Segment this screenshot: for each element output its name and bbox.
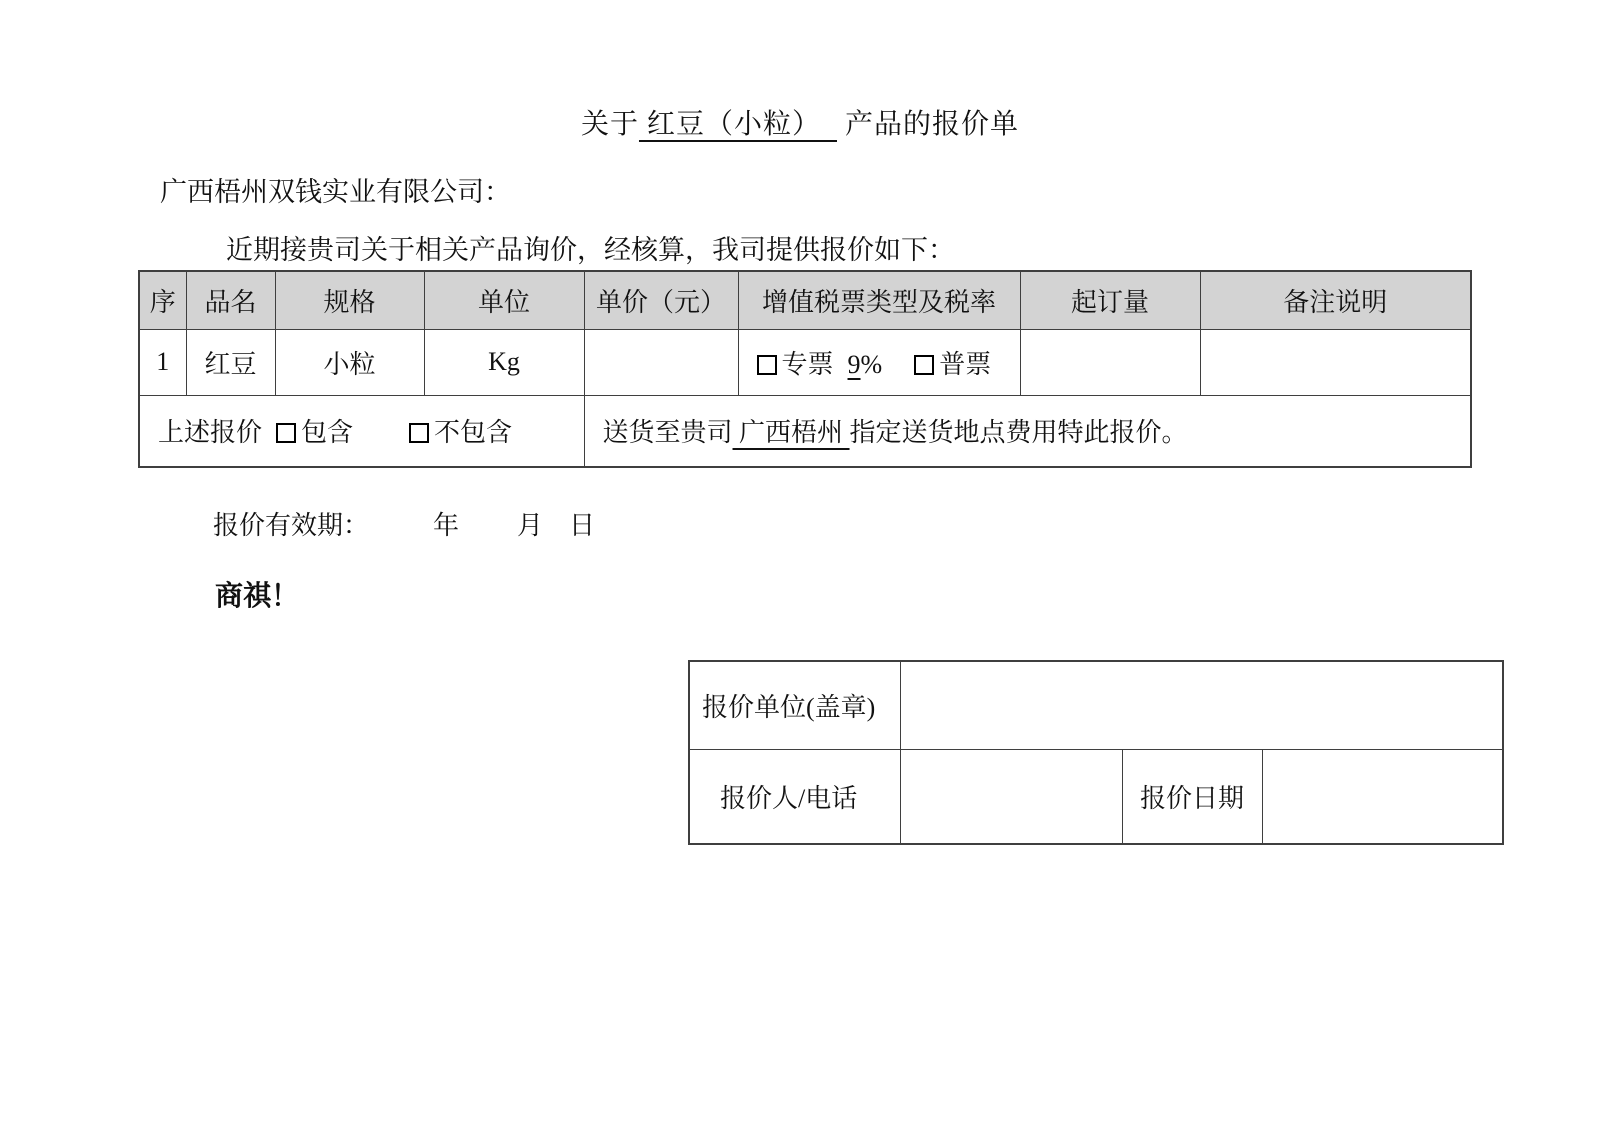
cell-spec: 小粒 [275, 329, 424, 395]
quote-table-header-row: 序 品名 规格 单位 单价（元） 增值税票类型及税率 起订量 备注说明 [139, 271, 1471, 329]
title-prefix: 关于 [581, 109, 639, 140]
footer-include-cell: 上述报价包含不包含 [139, 395, 584, 467]
header-spec: 规格 [275, 271, 424, 329]
header-remark: 备注说明 [1200, 271, 1471, 329]
quoter-phone-blank[interactable] [900, 749, 1122, 844]
include-checkbox[interactable] [276, 423, 296, 443]
normal-invoice-checkbox[interactable] [914, 355, 934, 375]
quote-unit-label: 报价单位(盖章) [689, 661, 900, 749]
signature-table: 报价单位(盖章) 报价人/电话 报价日期 [688, 660, 1504, 845]
delivery-prefix: 送货至贵司 [603, 418, 733, 447]
title-suffix: 产品的报价单 [837, 109, 1019, 140]
footer-delivery-cell: 送货至贵司 广西梧州 指定送货地点费用特此报价。 [584, 395, 1471, 467]
header-product: 品名 [186, 271, 275, 329]
quote-date-label: 报价日期 [1122, 749, 1262, 844]
cell-moq-blank[interactable] [1020, 329, 1200, 395]
document-title: 关于 红豆（小粒） 产品的报价单 [0, 102, 1600, 142]
intro-sentence: 近期接贵司关于相关产品询价，经核算，我司提供报价如下： [226, 228, 955, 267]
recipient-company: 广西梧州双钱实业有限公司： [160, 170, 511, 209]
title-product-underlined: 红豆（小粒） [639, 109, 837, 140]
exclude-label: 不包含 [434, 418, 512, 447]
cell-seq: 1 [139, 329, 186, 395]
quoter-phone-label: 报价人/电话 [689, 749, 900, 844]
delivery-suffix: 指定送货地点费用特此报价。 [850, 418, 1188, 447]
include-label: 包含 [301, 418, 353, 447]
tax-rate-value: 9 [848, 350, 861, 379]
validity-day: 日 [569, 511, 595, 540]
quote-table-data-row: 1 红豆 小粒 Kg 专票9%普票 [139, 329, 1471, 395]
header-moq: 起订量 [1020, 271, 1200, 329]
validity-month: 月 [517, 511, 543, 540]
header-unit: 单位 [424, 271, 584, 329]
delivery-place-underlined: 广西梧州 [733, 418, 850, 447]
validity-label: 报价有效期： [213, 511, 369, 540]
footer-prefix: 上述报价 [158, 418, 262, 447]
cell-unit: Kg [424, 329, 584, 395]
header-seq: 序 [139, 271, 186, 329]
exclude-checkbox[interactable] [409, 423, 429, 443]
special-invoice-checkbox[interactable] [757, 355, 777, 375]
closing-salutation: 商祺！ [215, 574, 299, 614]
validity-line: 报价有效期：年月日 [213, 505, 595, 542]
signature-row-unit: 报价单位(盖章) [689, 661, 1503, 749]
cell-product: 红豆 [186, 329, 275, 395]
quote-table-footer-row: 上述报价包含不包含 送货至贵司 广西梧州 指定送货地点费用特此报价。 [139, 395, 1471, 467]
cell-remark-blank[interactable] [1200, 329, 1471, 395]
cell-price-blank[interactable] [584, 329, 738, 395]
normal-invoice-label: 普票 [939, 350, 991, 379]
header-tax-type: 增值税票类型及税率 [738, 271, 1020, 329]
quote-date-blank[interactable] [1262, 749, 1503, 844]
signature-row-quoter: 报价人/电话 报价日期 [689, 749, 1503, 844]
quote-unit-blank[interactable] [900, 661, 1503, 749]
cell-tax-type: 专票9%普票 [738, 329, 1020, 395]
quotation-document: { "title": { "prefix": "关于", "product": … [0, 0, 1600, 1131]
tax-rate-percent: % [861, 350, 883, 379]
quote-table: 序 品名 规格 单位 单价（元） 增值税票类型及税率 起订量 备注说明 1 红豆… [138, 270, 1472, 468]
special-invoice-label: 专票 [782, 350, 834, 379]
header-price: 单价（元） [584, 271, 738, 329]
validity-year: 年 [433, 511, 459, 540]
